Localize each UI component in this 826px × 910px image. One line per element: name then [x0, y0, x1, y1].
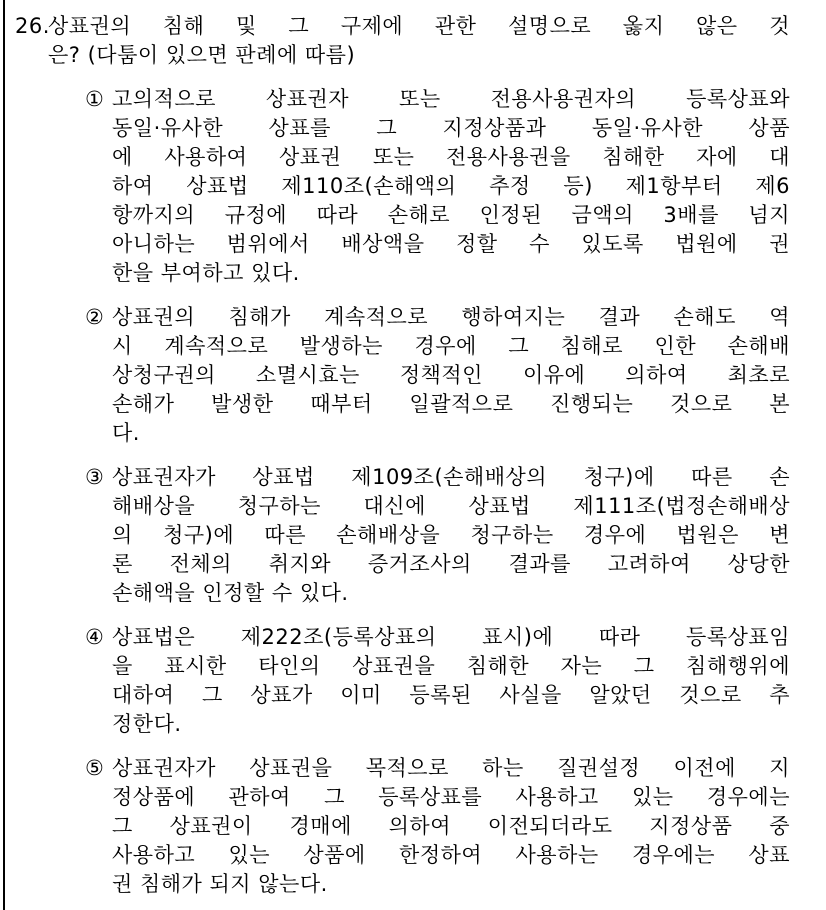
choice-5-line: 그 상표권이 경매에 의하여 이전되더라도 지정상품 중 [112, 812, 790, 841]
choice-marker: ② [85, 303, 112, 332]
choice-3-line: 손해액을 인정할 수 있다. [112, 579, 790, 608]
choice-1-line: 하여 상표법 제110조(손해액의 추정 등) 제1항부터 제6 [112, 172, 790, 201]
choice-marker: ④ [85, 623, 112, 652]
choice-text: 상표권자가 상표법 제109조(손해배상의 청구)에 따른 손해배상을 청구하는… [112, 463, 790, 608]
choice-2-line: 상청구권의 소멸시효는 정책적인 이유에 의하여 최초로 [112, 361, 790, 390]
choice-4-line: 대하여 그 상표가 이미 등록된 사실을 알았던 것으로 추 [112, 681, 790, 710]
choice-marker: ③ [85, 463, 112, 492]
choice-3-line: 의 청구)에 따른 손해배상을 청구하는 경우에 법원은 변 [112, 521, 790, 550]
question: 26. 상표권의 침해 및 그 구제에 관한 설명으로 옳지 않은 것은? (다… [15, 12, 790, 70]
choice-marker: ① [85, 85, 112, 114]
choice-1-line: 아니하는 범위에서 배상액을 정할 수 있도록 법원에 권 [112, 230, 790, 259]
column-divider [3, 0, 5, 910]
question-number: 26. [15, 12, 48, 41]
choice-2-line: 상표권의 침해가 계속적으로 행하여지는 결과 손해도 역 [112, 303, 790, 332]
choice-1-line: 동일·유사한 상표를 그 지정상품과 동일·유사한 상품 [112, 114, 790, 143]
choice-2: ② 상표권의 침해가 계속적으로 행하여지는 결과 손해도 역시 계속적으로 발… [15, 303, 790, 448]
choice-text: 상표권자가 상표권을 목적으로 하는 질권설정 이전에 지정상품에 관하여 그 … [112, 754, 790, 899]
choice-2-line: 손해가 발생한 때부터 일괄적으로 진행되는 것으로 본 [112, 390, 790, 419]
choice-1-line: 한을 부여하고 있다. [112, 259, 790, 288]
choices: ① 고의적으로 상표권자 또는 전용사용권자의 등록상표와동일·유사한 상표를 … [15, 85, 790, 899]
choice-4: ④ 상표법은 제222조(등록상표의 표시)에 따라 등록상표임을 표시한 타인… [15, 623, 790, 739]
choice-5: ⑤ 상표권자가 상표권을 목적으로 하는 질권설정 이전에 지정상품에 관하여 … [15, 754, 790, 899]
choice-text: 상표법은 제222조(등록상표의 표시)에 따라 등록상표임을 표시한 타인의 … [112, 623, 790, 739]
choice-5-line: 권 침해가 되지 않는다. [112, 870, 790, 899]
question-text: 상표권의 침해 및 그 구제에 관한 설명으로 옳지 않은 것은? (다툼이 있… [48, 12, 790, 70]
choice-2-line: 시 계속적으로 발생하는 경우에 그 침해로 인한 손해배 [112, 332, 790, 361]
choice-5-line: 정상품에 관하여 그 등록상표를 사용하고 있는 경우에는 [112, 783, 790, 812]
choice-1-line: 에 사용하여 상표권 또는 전용사용권을 침해한 자에 대 [112, 143, 790, 172]
choice-3: ③ 상표권자가 상표법 제109조(손해배상의 청구)에 따른 손해배상을 청구… [15, 463, 790, 608]
choice-1-line: 고의적으로 상표권자 또는 전용사용권자의 등록상표와 [112, 85, 790, 114]
choice-2-line: 다. [112, 419, 790, 448]
choice-text: 고의적으로 상표권자 또는 전용사용권자의 등록상표와동일·유사한 상표를 그 … [112, 85, 790, 288]
choice-1-line: 항까지의 규정에 따라 손해로 인정된 금액의 3배를 넘지 [112, 201, 790, 230]
choice-marker: ⑤ [85, 754, 112, 783]
exam-page: 26. 상표권의 침해 및 그 구제에 관한 설명으로 옳지 않은 것은? (다… [0, 0, 826, 899]
choice-4-line: 정한다. [112, 710, 790, 739]
choice-3-line: 해배상을 청구하는 대신에 상표법 제111조(법정손해배상 [112, 492, 790, 521]
question-line: 상표권의 침해 및 그 구제에 관한 설명으로 옳지 않은 것 [48, 12, 790, 41]
choice-4-line: 상표법은 제222조(등록상표의 표시)에 따라 등록상표임 [112, 623, 790, 652]
question-line: 은? (다툼이 있으면 판례에 따름) [48, 41, 790, 70]
choice-3-line: 론 전체의 취지와 증거조사의 결과를 고려하여 상당한 [112, 550, 790, 579]
choice-1: ① 고의적으로 상표권자 또는 전용사용권자의 등록상표와동일·유사한 상표를 … [15, 85, 790, 288]
choice-4-line: 을 표시한 타인의 상표권을 침해한 자는 그 침해행위에 [112, 652, 790, 681]
choice-5-line: 사용하고 있는 상품에 한정하여 사용하는 경우에는 상표 [112, 841, 790, 870]
choice-3-line: 상표권자가 상표법 제109조(손해배상의 청구)에 따른 손 [112, 463, 790, 492]
choice-text: 상표권의 침해가 계속적으로 행하여지는 결과 손해도 역시 계속적으로 발생하… [112, 303, 790, 448]
choice-5-line: 상표권자가 상표권을 목적으로 하는 질권설정 이전에 지 [112, 754, 790, 783]
